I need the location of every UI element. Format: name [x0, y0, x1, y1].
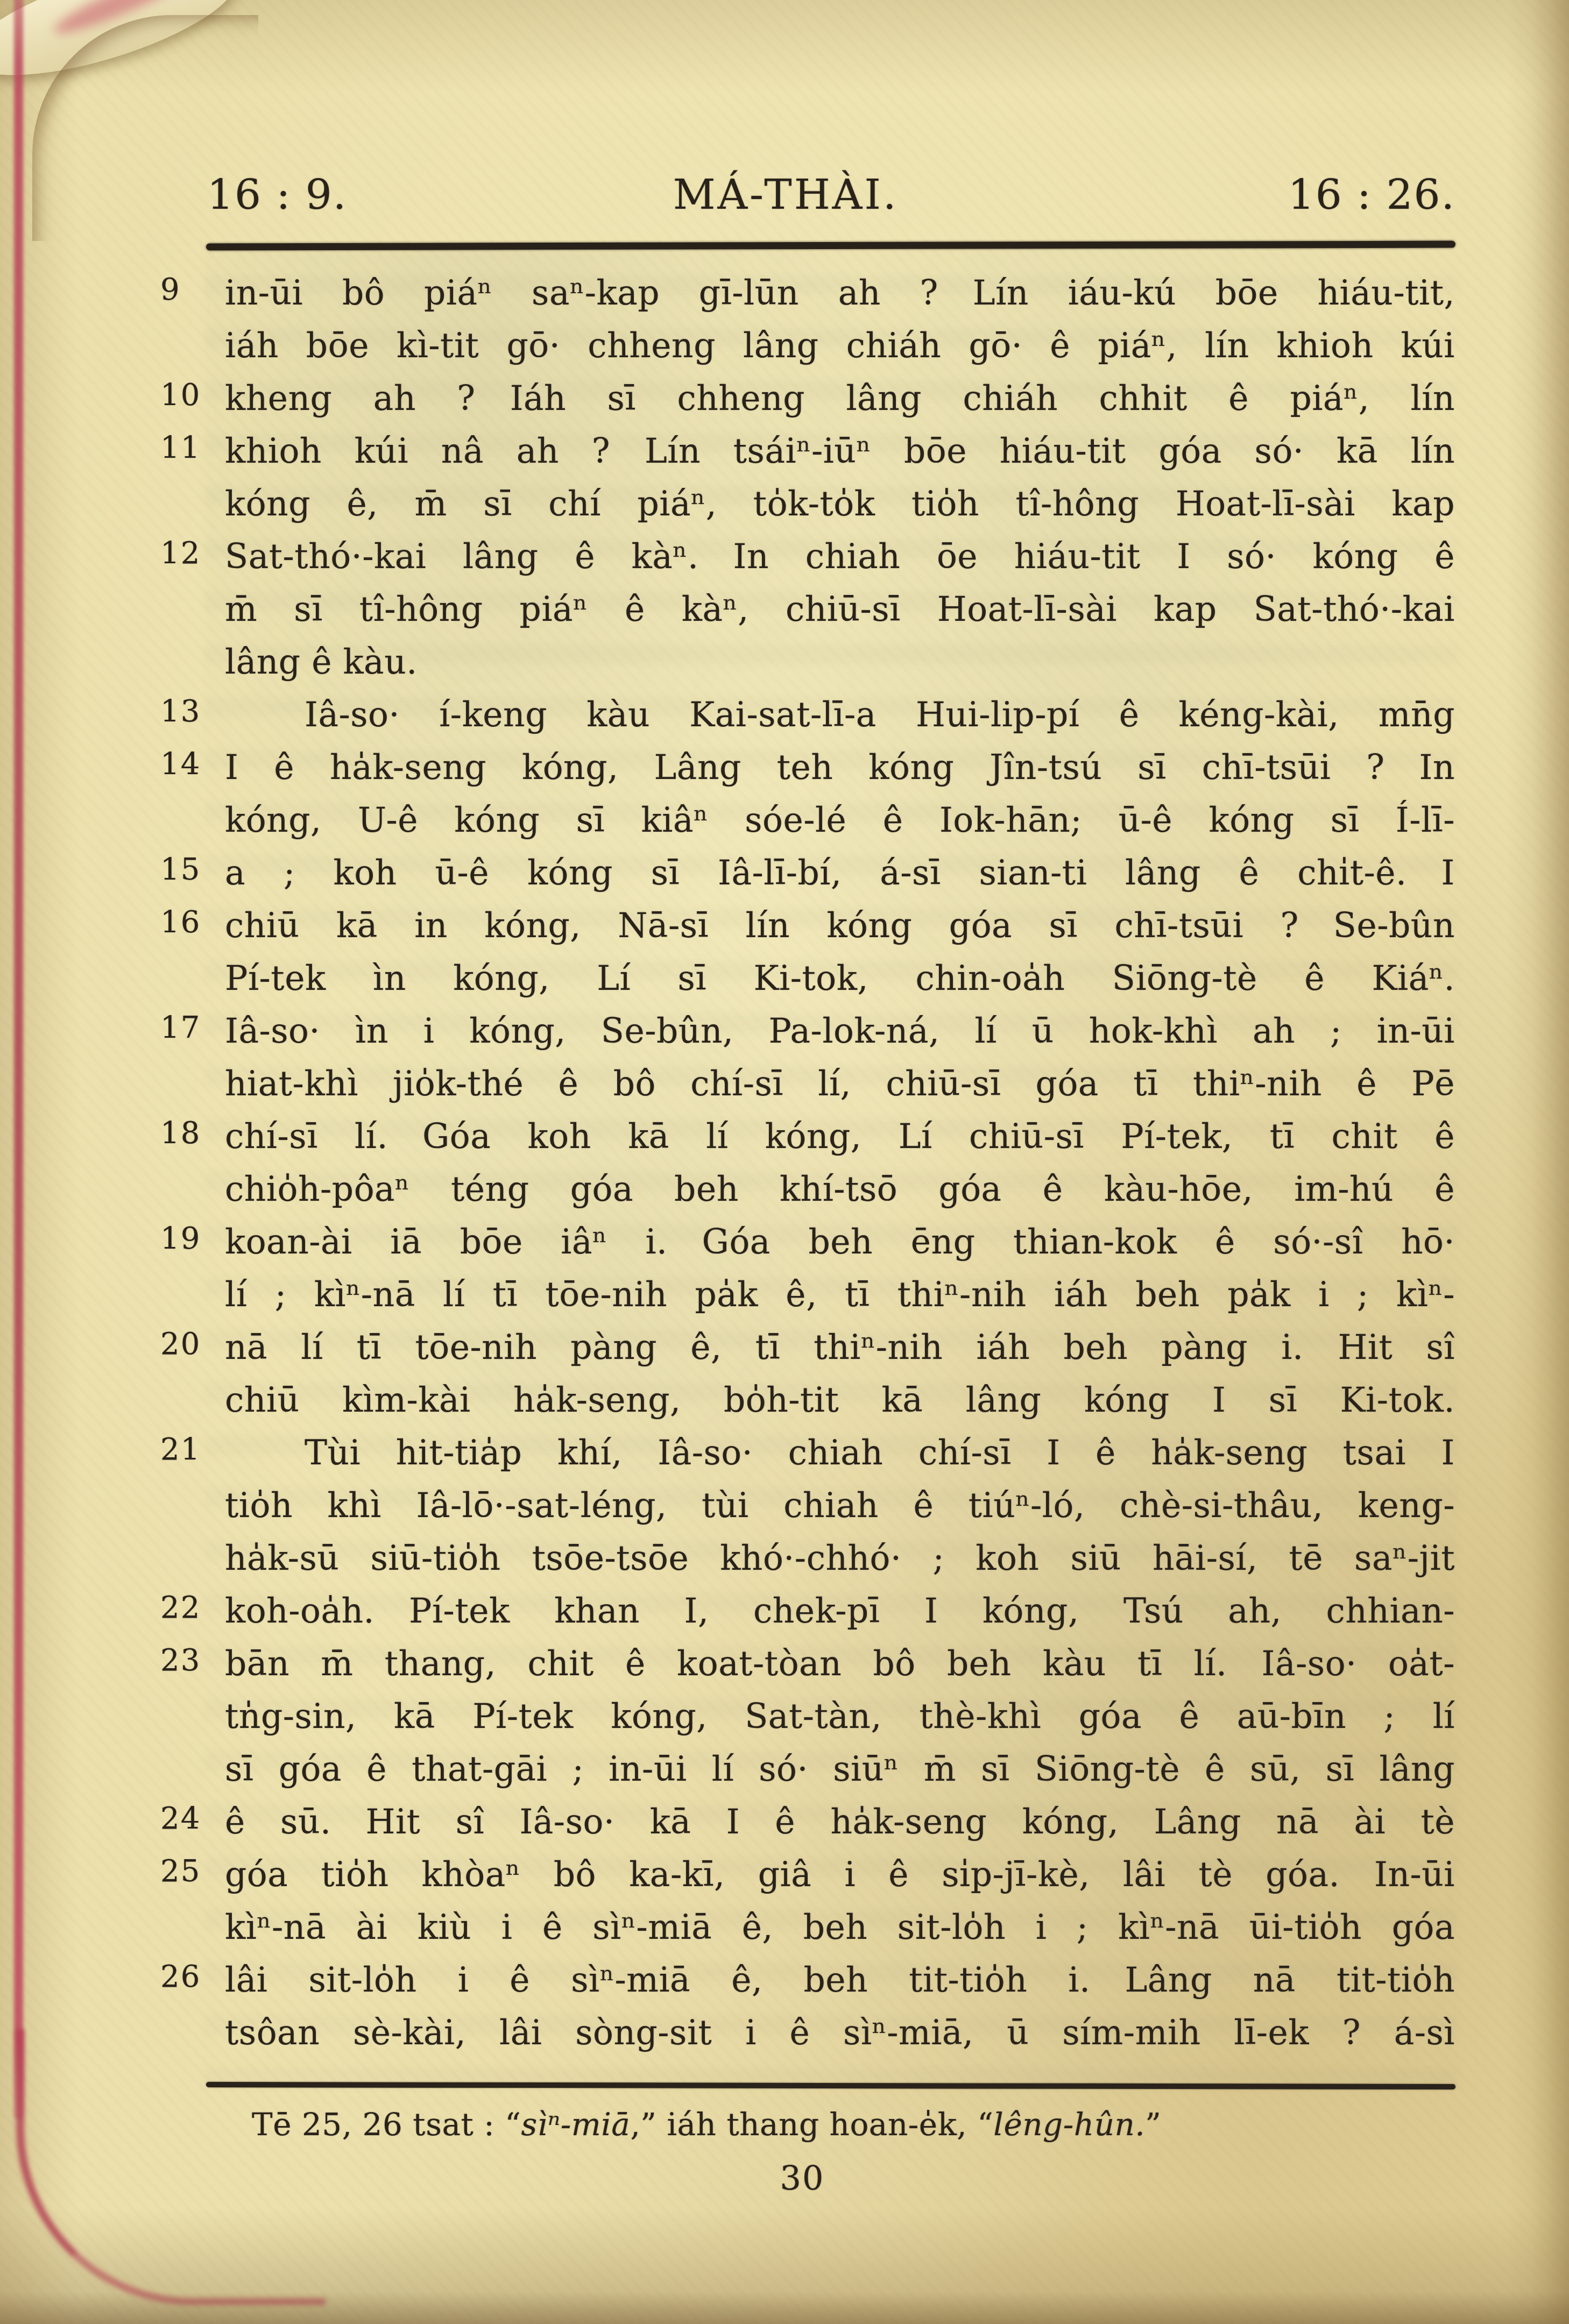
line-text: Iâ-so· ìn i kóng, Se-bûn, Pa-lok-ná, lí … [225, 1011, 1455, 1051]
red-stained-edge-left [14, 0, 23, 2120]
text-line: 18 chí-sī lí. Góa koh kā lí kóng, Lí chi… [225, 1110, 1455, 1163]
line-text: chiū kā in kóng, Nā-sī lín kóng góa sī c… [225, 906, 1455, 945]
running-head: 16 : 9. MÁ-THÀI. 16 : 26. [207, 171, 1455, 225]
verse-number: 21 [160, 1423, 218, 1476]
line-text: Pí-tek ìn kóng, Lí sī Ki-tok, chin-oa̍h … [225, 959, 1455, 998]
text-line: 11 khioh kúi nâ ah ? Lín tsáiⁿ-iūⁿ bōe h… [225, 425, 1455, 478]
verse-number: 10 [160, 369, 218, 422]
verse-number: 14 [160, 738, 218, 791]
verse-number: 20 [160, 1318, 218, 1371]
text-line: tn̍g-sin, kā Pí-tek kóng, Sat-tàn, thè-k… [225, 1690, 1455, 1743]
line-text: lâng ê kàu. [225, 642, 418, 682]
verse-number: 17 [160, 1002, 218, 1054]
text-line: kóng ê, m̄ sī chí piáⁿ, to̍k-to̍k tio̍h … [225, 478, 1455, 530]
text-line: chiū kìm-kài ha̍k-seng, bo̍h-tit kā lâng… [225, 1374, 1455, 1427]
line-text: kóng, U-ê kóng sī kiâⁿ sóe-lé ê Iok-hān;… [225, 800, 1455, 840]
text-line: 14 I ê ha̍k-seng kóng, Lâng teh kóng Jîn… [225, 741, 1455, 794]
line-text: chí-sī lí. Góa koh kā lí kóng, Lí chiū-s… [225, 1117, 1455, 1156]
line-text: chio̍h-pôaⁿ téng góa beh khí-tsō góa ê k… [225, 1170, 1455, 1209]
line-text: I ê ha̍k-seng kóng, Lâng teh kóng Jîn-ts… [225, 748, 1455, 787]
verse-number: 22 [160, 1582, 218, 1634]
verse-number: 24 [160, 1792, 218, 1845]
text-line: 22 koh-oa̍h. Pí-tek khan I, chek-pī I kó… [225, 1585, 1455, 1638]
text-line: tsôan sè-kài, lâi sòng-sit i ê sìⁿ-miā, … [225, 2007, 1455, 2059]
line-text: chiū kìm-kài ha̍k-seng, bo̍h-tit kā lâng… [225, 1380, 1455, 1420]
bottom-edge-shadow [0, 2292, 1569, 2324]
line-text: Sat-thó·-kai lâng ê kàⁿ. In chiah ōe hiá… [225, 537, 1455, 576]
text-line: iáh bōe kì-tit gō· chheng lâng chiáh gō·… [225, 320, 1455, 372]
text-line: ha̍k-sū siū-tio̍h tsōe-tsōe khó·-chhó· ;… [225, 1532, 1455, 1585]
line-text: lí ; kìⁿ-nā lí tī tōe-nih pa̍k ê, tī thi… [225, 1275, 1455, 1314]
text-line: 25 góa tio̍h khòaⁿ bô ka-kī, giâ i ê si̍… [225, 1848, 1455, 1901]
verse-number: 11 [160, 422, 218, 474]
line-text: lâi sit-lo̍h i ê sìⁿ-miā ê, beh tit-tio̍… [225, 1960, 1455, 2000]
line-text: bān m̄ thang, chit ê koat-tòan bô beh kà… [225, 1644, 1455, 1683]
header-rule [206, 241, 1455, 251]
verse-number: 18 [160, 1107, 218, 1160]
line-text: kheng ah ? Iáh sī chheng lâng chiáh chhi… [225, 379, 1455, 418]
verse-number: 23 [160, 1634, 218, 1687]
line-text: sī góa ê that-gāi ; in-ūi lí só· siūⁿ m̄… [225, 1749, 1455, 1789]
verse-number: 25 [160, 1845, 218, 1898]
verse-number: 16 [160, 896, 218, 949]
footnote-segment: Tē 25, 26 tsat : “ [252, 2106, 521, 2143]
text-line: sī góa ê that-gāi ; in-ūi lí só· siūⁿ m̄… [225, 1743, 1455, 1796]
line-text: tio̍h khì Iâ-lō·-sat-léng, tùi chiah ê t… [225, 1486, 1455, 1525]
line-text: hiat-khì jio̍k-thé ê bô chí-sī lí, chiū-… [225, 1064, 1455, 1103]
text-line: kìⁿ-nā ài kiù i ê sìⁿ-miā ê, beh sit-lo̍… [225, 1901, 1455, 1954]
text-line: 19 koan-ài iā bōe iâⁿ i. Góa beh ēng thi… [225, 1216, 1455, 1269]
footnote-segment: ,” iáh thang hoan-e̍k, “ [630, 2106, 993, 2143]
text-line: chio̍h-pôaⁿ téng góa beh khí-tsō góa ê k… [225, 1163, 1455, 1216]
verse-number: 12 [160, 527, 218, 580]
binding-gutter-shadow [1531, 0, 1569, 2324]
line-text: ha̍k-sū siū-tio̍h tsōe-tsōe khó·-chhó· ;… [225, 1539, 1455, 1578]
line-text: in-ūi bô piáⁿ saⁿ-kap gī-lūn ah ? Lín iá… [225, 273, 1455, 313]
text-line: lâng ê kàu. [225, 636, 1455, 689]
text-line: 23 bān m̄ thang, chit ê koat-tòan bô beh… [225, 1638, 1455, 1690]
header-book-title: MÁ-THÀI. [673, 171, 899, 219]
line-text: iáh bōe kì-tit gō· chheng lâng chiáh gō·… [225, 326, 1455, 365]
scripture-text-block: 9 in-ūi bô piáⁿ saⁿ-kap gī-lūn ah ? Lín … [225, 267, 1455, 2059]
verse-number: 13 [160, 685, 218, 738]
line-text: Iâ-so· í-keng kàu Kai-sat-lī-a Hui-lip-p… [305, 695, 1455, 734]
verse-number: 15 [160, 844, 218, 896]
footnote-rule [206, 2082, 1455, 2089]
text-line: 21 Tùi hit-tia̍p khí, Iâ-so· chiah chí-s… [225, 1427, 1455, 1479]
verse-number: 9 [160, 264, 218, 316]
text-line: 17 Iâ-so· ìn i kóng, Se-bûn, Pa-lok-ná, … [225, 1005, 1455, 1058]
footnote: Tē 25, 26 tsat : “sìⁿ-miā,” iáh thang ho… [252, 2105, 1457, 2144]
text-line: 16 chiū kā in kóng, Nā-sī lín kóng góa s… [225, 899, 1455, 952]
page-number: 30 [187, 2158, 1417, 2198]
footnote-segment: lêng-hûn. [993, 2106, 1145, 2143]
footnote-segment: ” [1145, 2106, 1161, 2143]
scanned-book-page: 16 : 9. MÁ-THÀI. 16 : 26. 9 in-ūi bô piá… [0, 0, 1569, 2324]
verse-number: 19 [160, 1213, 218, 1265]
text-line: tio̍h khì Iâ-lō·-sat-léng, tùi chiah ê t… [225, 1479, 1455, 1532]
text-line: hiat-khì jio̍k-thé ê bô chí-sī lí, chiū-… [225, 1058, 1455, 1110]
line-text: koh-oa̍h. Pí-tek khan I, chek-pī I kóng,… [225, 1591, 1455, 1631]
text-line: kóng, U-ê kóng sī kiâⁿ sóe-lé ê Iok-hān;… [225, 794, 1455, 847]
text-line: 12 Sat-thó·-kai lâng ê kàⁿ. In chiah ōe … [225, 530, 1455, 583]
text-line: 15 a ; koh ū-ê kóng sī Iâ-lī-bí, á-sī si… [225, 847, 1455, 899]
footnote-segment: sìⁿ-miā [521, 2106, 630, 2143]
text-line: 20 nā lí tī tōe-nih pàng ê, tī thiⁿ-nih … [225, 1321, 1455, 1374]
line-text: koan-ài iā bōe iâⁿ i. Góa beh ēng thian-… [225, 1222, 1455, 1262]
header-verse-ref-right: 16 : 26. [1288, 171, 1455, 219]
text-line: 9 in-ūi bô piáⁿ saⁿ-kap gī-lūn ah ? Lín … [225, 267, 1455, 320]
line-text: kìⁿ-nā ài kiù i ê sìⁿ-miā ê, beh sit-lo̍… [225, 1908, 1455, 1947]
line-text: tsôan sè-kài, lâi sòng-sit i ê sìⁿ-miā, … [225, 2013, 1455, 2052]
line-text: ê sū. Hit sî Iâ-so· kā I ê ha̍k-seng kón… [225, 1802, 1455, 1841]
line-text: nā lí tī tōe-nih pàng ê, tī thiⁿ-nih iáh… [225, 1328, 1455, 1367]
text-line: 13 Iâ-so· í-keng kàu Kai-sat-lī-a Hui-li… [225, 689, 1455, 741]
text-line: 26 lâi sit-lo̍h i ê sìⁿ-miā ê, beh tit-t… [225, 1954, 1455, 2007]
text-line: 10 kheng ah ? Iáh sī chheng lâng chiáh c… [225, 372, 1455, 425]
text-line: lí ; kìⁿ-nā lí tī tōe-nih pa̍k ê, tī thi… [225, 1269, 1455, 1321]
line-text: m̄ sī tî-hông piáⁿ ê kàⁿ, chiū-sī Hoat-l… [225, 590, 1455, 629]
text-line: Pí-tek ìn kóng, Lí sī Ki-tok, chin-oa̍h … [225, 952, 1455, 1005]
header-verse-ref-left: 16 : 9. [207, 171, 347, 219]
line-text: Tùi hit-tia̍p khí, Iâ-so· chiah chí-sī I… [305, 1433, 1455, 1472]
line-text: khioh kúi nâ ah ? Lín tsáiⁿ-iūⁿ bōe hiáu… [225, 431, 1455, 471]
line-text: góa tio̍h khòaⁿ bô ka-kī, giâ i ê si̍p-j… [225, 1855, 1455, 1894]
text-line: m̄ sī tî-hông piáⁿ ê kàⁿ, chiū-sī Hoat-l… [225, 583, 1455, 636]
line-text: kóng ê, m̄ sī chí piáⁿ, to̍k-to̍k tio̍h … [225, 484, 1455, 523]
line-text: tn̍g-sin, kā Pí-tek kóng, Sat-tàn, thè-k… [225, 1697, 1455, 1736]
text-line: 24 ê sū. Hit sî Iâ-so· kā I ê ha̍k-seng … [225, 1796, 1455, 1848]
line-text: a ; koh ū-ê kóng sī Iâ-lī-bí, á-sī sian-… [225, 853, 1455, 892]
verse-number: 26 [160, 1951, 218, 2003]
